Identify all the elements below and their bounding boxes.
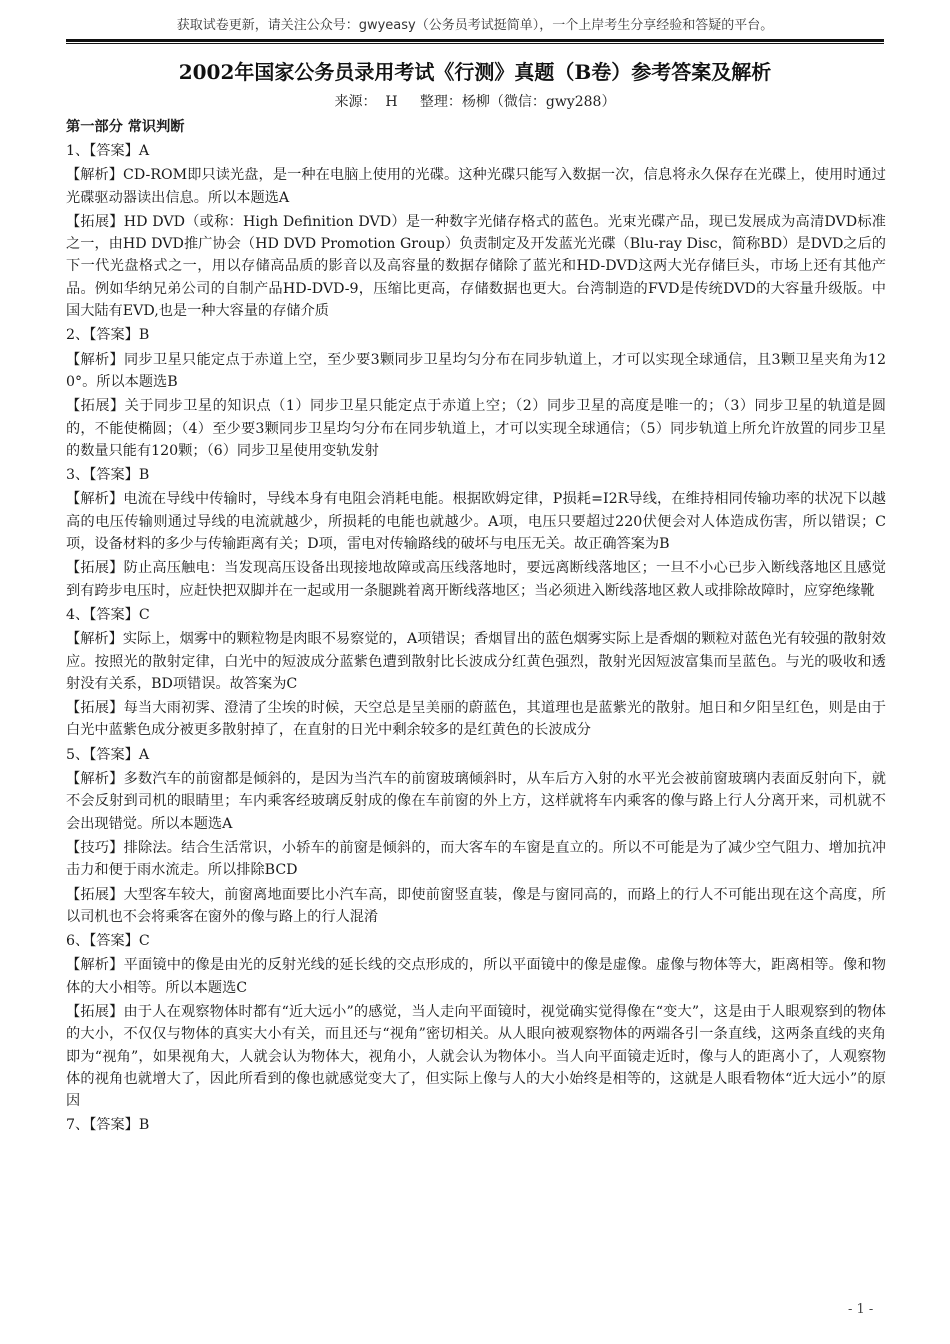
question-block: 7、【答案】B [66, 1114, 886, 1136]
paragraph-text: 排除法。结合生活常识，小轿车的前窗是倾斜的，而大客车的车窗是直立的。所以不可能是… [66, 840, 886, 878]
technique-paragraph: 【技巧】排除法。结合生活常识，小轿车的前窗是倾斜的，而大客车的车窗是直立的。所以… [66, 837, 886, 882]
paragraph-text: 每当大雨初霁、澄清了尘埃的时候，天空总是呈美丽的蔚蓝色，其道理也是蓝紫光的散射。… [66, 700, 886, 738]
question-block: 6、【答案】C 【解析】平面镜中的像是由光的反射光线的延长线的交点形成的，所以平… [66, 930, 886, 1112]
analysis-paragraph: 【解析】电流在导线中传输时，导线本身有电阻会消耗电能。根据欧姆定律，P损耗=I2… [66, 488, 886, 555]
extension-paragraph: 【拓展】大型客车较大，前窗离地面要比小汽车高，即使前窗竖直装，像是与窗同高的，而… [66, 884, 886, 929]
page-number: - 1 - [848, 1302, 873, 1317]
paragraph-tag: 【解析】 [66, 631, 123, 647]
question-block: 2、【答案】B 【解析】同步卫星只能定点于赤道上空，至少要3颗同步卫星均匀分布在… [66, 324, 886, 462]
paragraph-tag: 【拓展】 [66, 1004, 123, 1020]
paragraph-tag: 【拓展】 [66, 398, 125, 414]
paragraph-tag: 【解析】 [66, 771, 124, 787]
paragraph-text: 防止高压触电：当发现高压设备出现接地故障或高压线落地时，要远离断线落地区；一旦不… [66, 560, 886, 598]
paragraph-text: 实际上，烟雾中的颗粒物是肉眼不易察觉的，A项错误；香烟冒出的蓝色烟雾实际上是香烟… [66, 631, 886, 692]
extension-paragraph: 【拓展】关于同步卫星的知识点（1）同步卫星只能定点于赤道上空；（2）同步卫星的高… [66, 395, 886, 462]
paragraph-tag: 【解析】 [66, 491, 123, 507]
question-block: 5、【答案】A 【解析】多数汽车的前窗都是倾斜的，是因为当汽车的前窗玻璃倾斜时，… [66, 744, 886, 928]
header-divider-thin [66, 43, 884, 44]
analysis-paragraph: 【解析】CD-ROM即只读光盘，是一种在电脑上使用的光碟。这种光碟只能写入数据一… [66, 164, 886, 209]
paragraph-tag: 【拓展】 [66, 887, 124, 903]
section-heading: 第一部分 常识判断 [66, 116, 886, 138]
extension-paragraph: 【拓展】HD DVD（或称：High Definition DVD）是一种数字光… [66, 211, 886, 322]
paragraph-text: 平面镜中的像是由光的反射光线的延长线的交点形成的，所以平面镜中的像是虚像。虚像与… [66, 957, 886, 995]
answer-line: 6、【答案】C [66, 930, 886, 952]
extension-paragraph: 【拓展】由于人在观察物体时都有“近大远小”的感觉，当人走向平面镜时，视觉确实觉得… [66, 1001, 886, 1112]
paragraph-tag: 【解析】 [66, 957, 124, 973]
answer-line: 3、【答案】B [66, 464, 886, 486]
answer-line: 1、【答案】A [66, 140, 886, 162]
paragraph-text: 同步卫星只能定点于赤道上空，至少要3颗同步卫星均匀分布在同步轨道上，才可以实现全… [66, 352, 886, 390]
analysis-paragraph: 【解析】实际上，烟雾中的颗粒物是肉眼不易察觉的，A项错误；香烟冒出的蓝色烟雾实际… [66, 628, 886, 695]
paragraph-tag: 【拓展】 [66, 560, 124, 576]
analysis-paragraph: 【解析】多数汽车的前窗都是倾斜的，是因为当汽车的前窗玻璃倾斜时，从车后方入射的水… [66, 768, 886, 835]
paragraph-text: 关于同步卫星的知识点（1）同步卫星只能定点于赤道上空；（2）同步卫星的高度是唯一… [66, 398, 886, 459]
extension-paragraph: 【拓展】每当大雨初霁、澄清了尘埃的时候，天空总是呈美丽的蔚蓝色，其道理也是蓝紫光… [66, 697, 886, 742]
paragraph-text: HD DVD（或称：High Definition DVD）是一种数字光储存格式… [66, 214, 886, 319]
paragraph-tag: 【技巧】 [66, 840, 124, 856]
paragraph-text: CD-ROM即只读光盘，是一种在电脑上使用的光碟。这种光碟只能写入数据一次，信息… [66, 167, 886, 205]
header-divider-thick [66, 39, 884, 42]
document-title: 2002年国家公务员录用考试《行测》真题（B卷）参考答案及解析 [0, 56, 950, 85]
analysis-paragraph: 【解析】平面镜中的像是由光的反射光线的延长线的交点形成的，所以平面镜中的像是虚像… [66, 954, 886, 999]
document-subtitle: 来源： H 整理：杨柳（微信：gwy288） [0, 91, 950, 111]
answer-line: 2、【答案】B [66, 324, 886, 346]
paragraph-tag: 【解析】 [66, 352, 124, 368]
document-body: 第一部分 常识判断 1、【答案】A 【解析】CD-ROM即只读光盘，是一种在电脑… [66, 116, 886, 1139]
paragraph-tag: 【拓展】 [66, 214, 124, 230]
answer-line: 4、【答案】C [66, 604, 886, 626]
paragraph-text: 电流在导线中传输时，导线本身有电阻会消耗电能。根据欧姆定律，P损耗=I2R导线，… [66, 491, 886, 552]
paragraph-text: 大型客车较大，前窗离地面要比小汽车高，即使前窗竖直装，像是与窗同高的，而路上的行… [66, 887, 886, 925]
paragraph-tag: 【解析】 [66, 167, 123, 183]
paragraph-text: 多数汽车的前窗都是倾斜的，是因为当汽车的前窗玻璃倾斜时，从车后方入射的水平光会被… [66, 771, 886, 832]
paragraph-text: 由于人在观察物体时都有“近大远小”的感觉，当人走向平面镜时，视觉确实觉得像在“变… [66, 1004, 886, 1109]
header-divider [66, 39, 884, 45]
extension-paragraph: 【拓展】防止高压触电：当发现高压设备出现接地故障或高压线落地时，要远离断线落地区… [66, 557, 886, 602]
question-block: 3、【答案】B 【解析】电流在导线中传输时，导线本身有电阻会消耗电能。根据欧姆定… [66, 464, 886, 602]
question-block: 1、【答案】A 【解析】CD-ROM即只读光盘，是一种在电脑上使用的光碟。这种光… [66, 140, 886, 322]
answer-line: 5、【答案】A [66, 744, 886, 766]
page-header-notice: 获取试卷更新，请关注公众号：gwyeasy（公务员考试挺简单），一个上岸考生分享… [0, 14, 950, 33]
paragraph-tag: 【拓展】 [66, 700, 124, 716]
analysis-paragraph: 【解析】同步卫星只能定点于赤道上空，至少要3颗同步卫星均匀分布在同步轨道上，才可… [66, 349, 886, 394]
answer-line: 7、【答案】B [66, 1114, 886, 1136]
question-block: 4、【答案】C 【解析】实际上，烟雾中的颗粒物是肉眼不易察觉的，A项错误；香烟冒… [66, 604, 886, 742]
